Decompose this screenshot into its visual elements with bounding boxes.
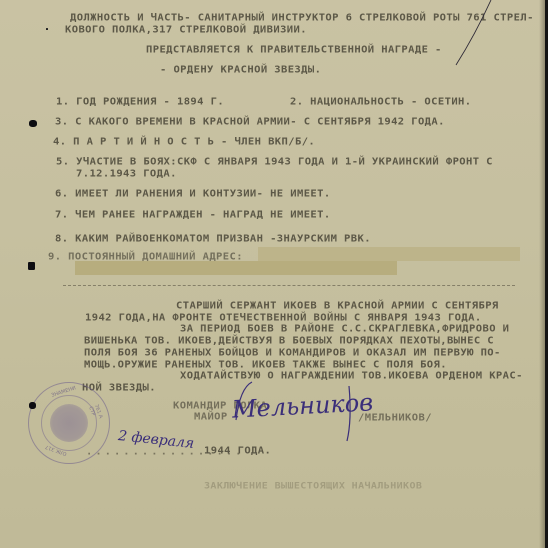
field-birth-year: 1. ГОД РОЖДЕНИЯ - 1894 Г. <box>56 96 224 107</box>
field-draft-office: 8. КАКИМ РАЙВОЕНКОМАТОМ ПРИЗВАН -ЗНАУРСК… <box>55 233 371 244</box>
field-combat-participation: 5. УЧАСТИЕ В БОЯХ:СКФ С ЯНВАРЯ 1943 ГОДА… <box>56 156 493 167</box>
field-army-since: 3. С КАКОГО ВРЕМЕНИ В КРАСНОЙ АРМИИ- С С… <box>55 116 445 127</box>
nominated-line: ПРЕДСТАВЛЯЕТСЯ К ПРАВИТЕЛЬСТВЕННОЙ НАГРА… <box>146 44 442 55</box>
punch-hole <box>29 402 36 409</box>
ink-speck <box>46 28 48 30</box>
field-wounds: 6. ИМЕЕТ ЛИ РАНЕНИЯ И КОНТУЗИИ- НЕ ИМЕЕТ… <box>55 188 331 199</box>
commander-signature: Мельников <box>231 388 373 423</box>
narrative-line: ХОДАТАЙСТВУЮ О НАГРАЖДЕНИИ ТОВ.ИКОЕВА ОР… <box>180 370 523 381</box>
rank-title: МАЙОР <box>194 411 228 422</box>
stamp-emblem-icon <box>50 404 88 442</box>
narrative-line: ЗА ПЕРИОД БОЕВ В РАЙОНЕ С.С.СКРАГЛЕВКА,Ф… <box>180 323 509 334</box>
narrative-line: СТАРШИЙ СЕРЖАНТ ИКОЕВ В КРАСНОЙ АРМИИ С … <box>176 300 499 311</box>
field-combat-participation-cont: 7.12.1943 ГОДА. <box>76 168 177 179</box>
bleed-through-text: ЗАКЛЮЧЕНИЕ ВЫШЕСТОЯЩИХ НАЧАЛЬНИКОВ <box>204 481 422 491</box>
field-party: 4. П А Р Т И Й Н О С Т Ь - ЧЛЕН ВКП/б/. <box>53 136 315 147</box>
field-previous-awards: 7. ЧЕМ РАНЕЕ НАГРАЖДЕН - НАГРАД НЕ ИМЕЕТ… <box>55 209 331 220</box>
position-line-1: ДОЛЖНОСТЬ И ЧАСТЬ- САНИТАРНЫЙ ИНСТРУКТОР… <box>70 12 534 23</box>
narrative-line: 1942 ГОДА,НА ФРОНТЕ ОТЕЧЕСТВЕННОЙ ВОЙНЫ … <box>85 312 482 323</box>
award-line: - ОРДЕНУ КРАСНОЙ ЗВЕЗДЫ. <box>160 64 321 75</box>
official-stamp: ЗНАМЕНИ 761 А СТР ОЛК 317 <box>28 382 110 464</box>
redaction-bar <box>75 261 397 275</box>
punch-hole <box>29 120 37 127</box>
divider-line <box>63 285 515 286</box>
narrative-line: МОЩЬ.ОРУЖИЕ РАНЕНЫХ ТОВ. ИКОЕВ ТАКЖЕ ВЫН… <box>84 359 447 370</box>
narrative-line: ВИШЕНЬКА ТОВ. ИКОЕВ,ДЕЙСТВУЯ В БОЕВЫХ ПО… <box>84 335 494 346</box>
date-typed-year: 1944 ГОДА. <box>204 445 271 456</box>
position-line-2: КОВОГО ПОЛКА,317 СТРЕЛКОВОЙ ДИВИЗИИ. <box>65 24 307 35</box>
field-nationality: 2. НАЦИОНАЛЬНОСТЬ - ОСЕТИН. <box>290 96 471 107</box>
narrative-line: ПОЛЯ БОЯ 36 РАНЕНЫХ БОЙЦОВ И КОМАНДИРОВ … <box>84 347 501 358</box>
redaction-bar <box>258 247 520 261</box>
punch-hole <box>28 262 35 270</box>
archival-document-page: ДОЛЖНОСТЬ И ЧАСТЬ- САНИТАРНЫЙ ИНСТРУКТОР… <box>0 0 545 548</box>
